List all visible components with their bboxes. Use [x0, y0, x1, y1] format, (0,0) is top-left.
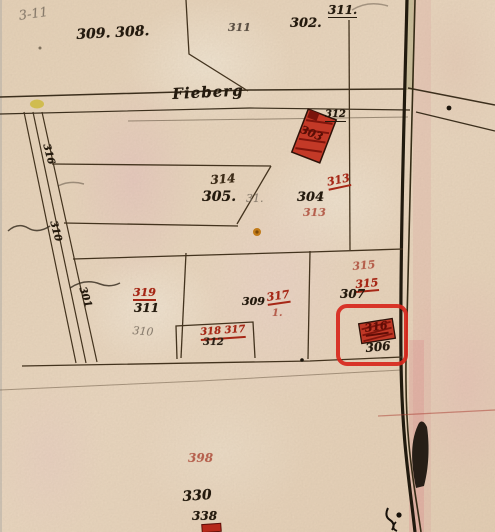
parcel-label-398: 398: [188, 452, 213, 464]
black-dot-boundary: [300, 358, 304, 362]
pencil-note-topleft: 3-11: [18, 6, 49, 23]
scan-edge: [0, 0, 2, 532]
parcel-label-304: 304: [297, 191, 324, 204]
parcel-label-310-faint: 310: [132, 325, 154, 338]
parcel-label-315-faint: 315: [352, 259, 376, 272]
parcel-label-311-faint: 311: [228, 22, 251, 33]
parcel-label-312-rect: 312: [203, 338, 224, 348]
parcel-label-305: 305.: [202, 190, 236, 204]
parcel-label-314: 314: [210, 172, 236, 186]
parcel-label-311-top: 311.: [328, 4, 357, 18]
road-name-label: Fieberg: [172, 83, 244, 102]
ink-fleck: [39, 47, 42, 50]
parcel-label-309-mid: 309: [242, 296, 265, 307]
parcel-label-317-sub: 1.: [272, 309, 282, 319]
parcel-label-306: 306: [365, 340, 391, 354]
parcel-label-313-faint: 313: [303, 207, 326, 218]
parcel-label-312-top: 312: [325, 110, 346, 122]
yellow-blob: [30, 100, 44, 109]
parcel-label-311-mid: 311: [134, 302, 159, 314]
parcel-label-319: 319: [133, 287, 156, 301]
parcel-label-307: 307: [340, 288, 365, 300]
parcel-label-31-faint: 31.: [246, 193, 264, 204]
black-dot-branch-road: [447, 106, 452, 111]
parcel-label-330: 330: [182, 488, 212, 504]
parcel-label-302: 302.: [290, 17, 322, 30]
parcel-label-338: 338: [192, 510, 217, 522]
orange-dot-center: [255, 230, 258, 233]
parcel-label-309-308: 309. 308.: [76, 24, 150, 42]
building-bottom-edge: [202, 523, 222, 532]
map-linework: [0, 0, 495, 532]
historical-cadastral-map: 3-11 309. 308. 311 302. 311. Fieberg 312…: [0, 0, 495, 532]
